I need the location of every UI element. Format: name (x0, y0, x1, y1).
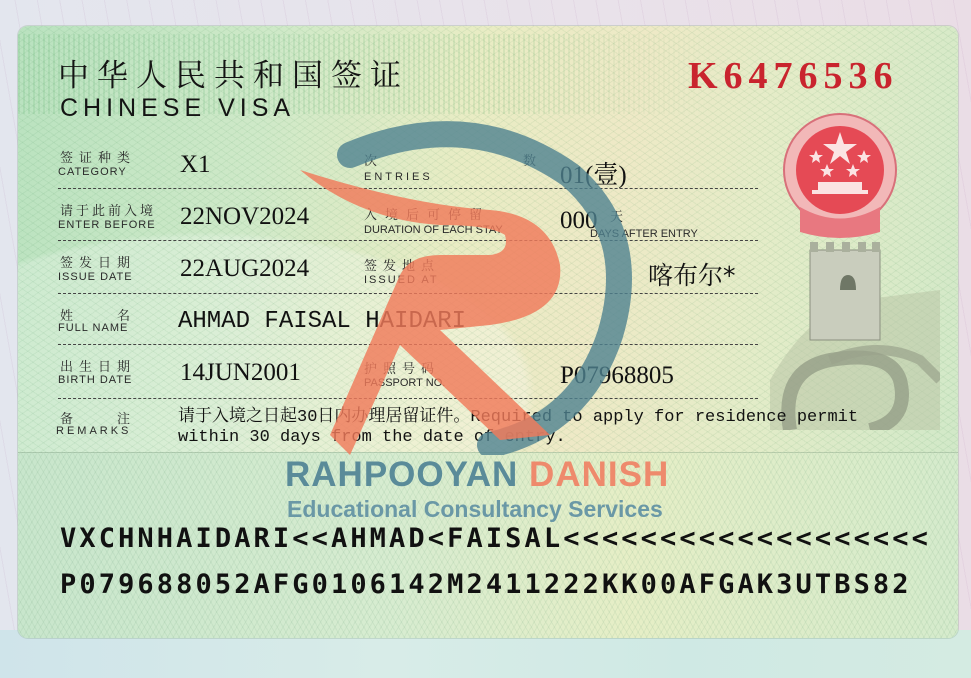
great-wall-illustration (770, 230, 940, 430)
duration-label-en: DURATION OF EACH STAY (364, 224, 503, 236)
brand-name: RAHPOOYAN DANISH (285, 455, 669, 495)
full-name-label-en: FULL NAME (58, 322, 128, 334)
enter-before-label-cn: 请于此前入境 (60, 200, 156, 219)
duration-label-cn: 入境后可停留 (364, 204, 490, 223)
row-divider (58, 344, 758, 345)
issue-date-label-cn: 签发日期 (60, 252, 136, 271)
remarks-line-2: within 30 days from the date of entry. (178, 428, 566, 448)
entries-label-en: ENTRIES (364, 171, 433, 183)
passport-no-label-cn: 护照号码 (364, 358, 440, 377)
issued-at-label-cn: 签发地点 (364, 255, 440, 274)
category-value: X1 (180, 151, 211, 179)
visa-title-en: CHINESE VISA (60, 94, 295, 123)
remarks-label-en: REMARKS (56, 425, 131, 437)
issued-at-value: 喀布尔* (648, 256, 736, 292)
enter-before-label-en: ENTER BEFORE (58, 219, 156, 231)
row-divider (58, 398, 758, 399)
national-emblem-icon (780, 112, 900, 242)
brand-word-2: DANISH (529, 455, 669, 494)
entries-label-cn: 次 数 (364, 150, 576, 169)
brand-tagline: Educational Consultancy Services (287, 496, 663, 523)
mrz-line-2: P079688052AFG0106142M2411222KK00AFGAK3UT… (60, 569, 912, 600)
enter-before-value: 22NOV2024 (180, 203, 309, 231)
entries-value: 01(壹) (560, 155, 627, 191)
issue-date-label-en: ISSUE DATE (58, 271, 133, 283)
category-label-en: CATEGORY (58, 166, 127, 178)
issued-at-label-en: ISSUED AT (364, 274, 439, 286)
birth-date-label-cn: 出生日期 (60, 356, 136, 375)
row-divider (58, 188, 758, 189)
birth-date-value: 14JUN2001 (180, 359, 301, 387)
mrz-line-1: VXCHNHAIDARI<<AHMAD<FAISAL<<<<<<<<<<<<<<… (60, 523, 931, 554)
passport-no-value: P07968805 (560, 362, 674, 390)
visa-title-cn: 中华人民共和国签证 (58, 50, 409, 95)
brand-word-1: RAHPOOYAN (285, 455, 518, 494)
duration-unit-cn: 天 (610, 206, 629, 225)
duration-unit-en: DAYS AFTER ENTRY (590, 228, 698, 240)
passport-no-label-en: PASSPORT NO. (364, 377, 445, 389)
remarks-line-1: 请于入境之日起30日内办理居留证件。Required to apply for … (178, 408, 858, 428)
row-divider (58, 293, 758, 294)
category-label-cn: 签证种类 (60, 147, 136, 166)
issue-date-value: 22AUG2024 (180, 255, 309, 283)
birth-date-label-en: BIRTH DATE (58, 374, 132, 386)
row-divider (58, 240, 758, 241)
full-name-value: AHMAD FAISAL HAIDARI (178, 308, 466, 335)
visa-number: K6476536 (688, 54, 899, 98)
